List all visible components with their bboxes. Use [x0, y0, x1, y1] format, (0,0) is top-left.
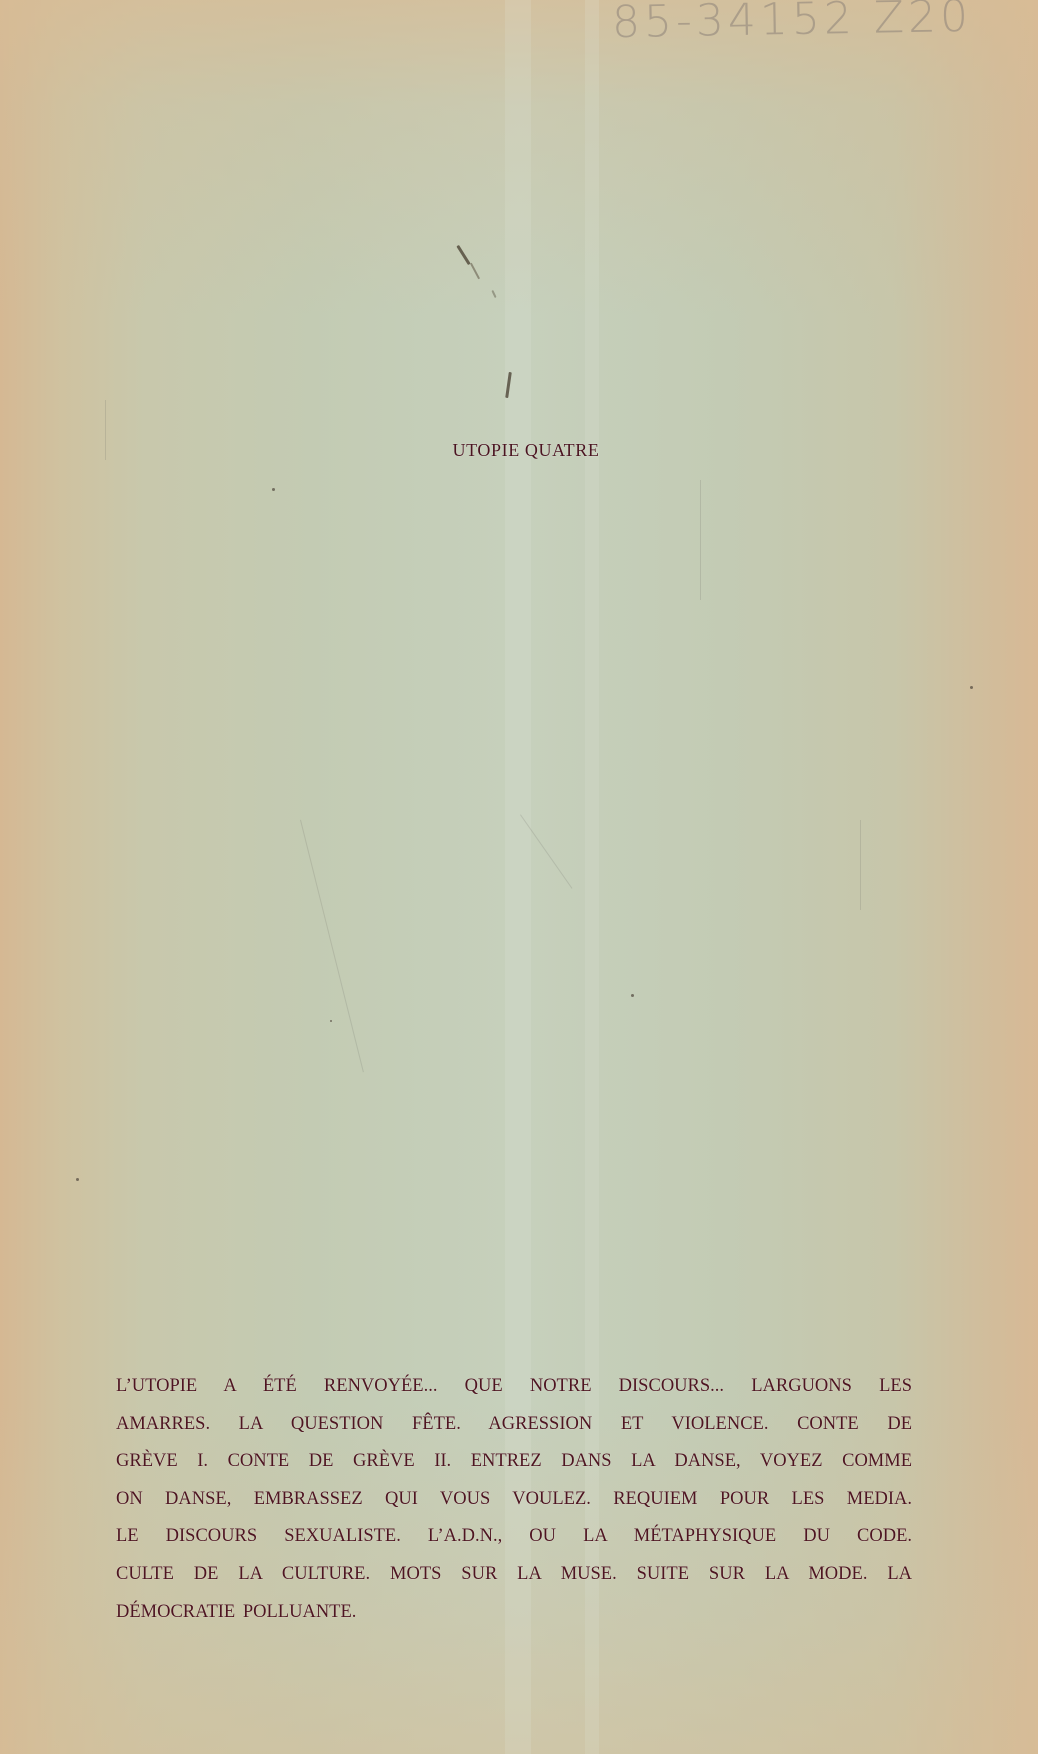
- contents-line: ON DANSE, EMBRASSEZ QUI VOUS VOULEZ. REQ…: [116, 1481, 912, 1519]
- contents-line: AMARRES. LA QUESTION FÊTE. AGRESSION ET …: [116, 1406, 912, 1444]
- scratch-mark: [505, 372, 512, 398]
- pencil-trace: [860, 820, 861, 910]
- contents-line: L’UTOPIE A ÉTÉ RENVOYÉE... QUE NOTRE DIS…: [116, 1368, 912, 1406]
- scratch-mark: [491, 290, 496, 298]
- book-back-cover: { "page": { "background_colors": { "edge…: [0, 0, 1038, 1754]
- paper-speck: [76, 1178, 79, 1181]
- table-of-contents: L’UTOPIE A ÉTÉ RENVOYÉE... QUE NOTRE DIS…: [116, 1368, 912, 1631]
- handwritten-catalog-number: 85-34152 Z20: [612, 0, 973, 48]
- scratch-mark: [470, 263, 480, 280]
- paper-speck: [330, 1020, 332, 1022]
- paper-speck: [631, 994, 634, 997]
- contents-line: GRÈVE I. CONTE DE GRÈVE II. ENTREZ DANS …: [116, 1443, 912, 1481]
- pencil-trace: [700, 480, 701, 600]
- pencil-trace: [520, 814, 572, 888]
- paper-speck: [272, 488, 275, 491]
- pencil-trace: [300, 820, 364, 1073]
- scratch-mark: [456, 245, 470, 265]
- contents-line: CULTE DE LA CULTURE. MOTS SUR LA MUSE. S…: [116, 1556, 912, 1594]
- paper-speck: [970, 686, 973, 689]
- contents-line: DÉMOCRATIE POLLUANTE.: [116, 1594, 912, 1632]
- contents-line: LE DISCOURS SEXUALISTE. L’A.D.N., OU LA …: [116, 1518, 912, 1556]
- book-title: UTOPIE QUATRE: [0, 440, 1038, 461]
